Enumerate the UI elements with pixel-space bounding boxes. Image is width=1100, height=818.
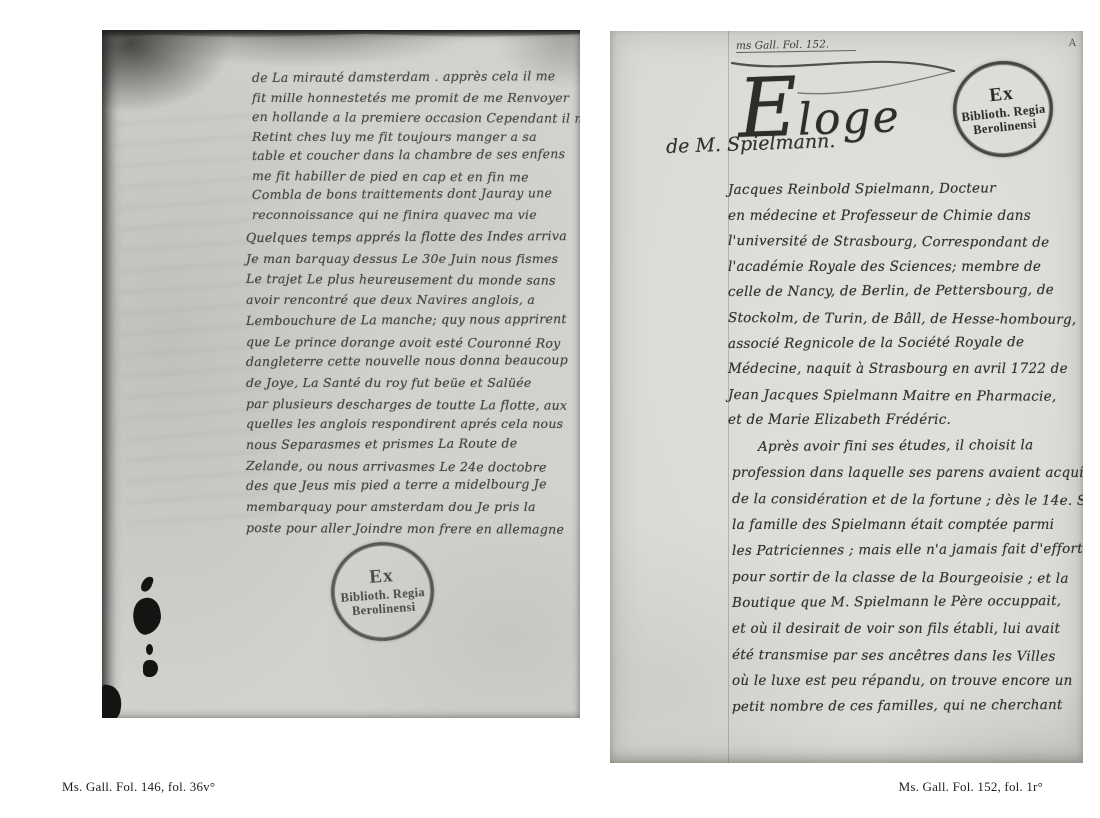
manuscript-line: Retint ches luy me fit toujours manger a… — [252, 127, 580, 147]
manuscript-line: Boutique que M. Spielmann le Père occupp… — [732, 588, 1083, 616]
manuscript-paragraph: de La mirauté damsterdam . apprès cela i… — [252, 68, 580, 224]
library-stamp: Ex Biblioth. Regia Berolinensi — [328, 539, 438, 645]
manuscript-line: et où il desirait de voir son fils établ… — [732, 616, 1083, 642]
manuscript-line: par plusieurs descharges de toutte La fl… — [246, 394, 568, 416]
ink-blot — [130, 595, 165, 636]
manuscript-paragraph: Après avoir fini ses études, il choisit … — [732, 434, 1083, 720]
manuscript-line: de La mirauté damsterdam . apprès cela i… — [252, 66, 580, 88]
manuscript-line: Jean Jacques Spielmann Maitre en Pharmac… — [728, 383, 1077, 410]
manuscript-line: la famille des Spielmann était comptée p… — [732, 512, 1083, 538]
manuscript-line: table et coucher dans la chambre de ses … — [252, 144, 580, 166]
stamp-text: Berolinensi — [352, 600, 416, 619]
manuscript-line: nous Separasmes et prismes La Route de — [246, 433, 568, 456]
manuscript-line: l'université de Strasbourg, Correspondan… — [728, 229, 1077, 256]
manuscript-line: Jacques Reinbold Spielmann, Docteur — [728, 176, 1077, 204]
manuscript-line: Médecine, naquit à Strasbourg en avril 1… — [728, 357, 1076, 383]
manuscript-page-right: ms Gall. Fol. 152. A Eloge de M. Spielma… — [610, 31, 1083, 763]
manuscript-line: petit nombre de ces familles, qui ne che… — [732, 692, 1083, 720]
manuscript-line: membarquay pour amsterdam dou Je pris la — [246, 497, 568, 518]
manuscript-line: avoir rencontré que deux Navires anglois… — [246, 290, 568, 311]
manuscript-line: reconnoissance qui ne finira quavec ma v… — [252, 205, 580, 225]
manuscript-line: Je man barquay dessus Le 30e Juin nous f… — [246, 249, 568, 270]
manuscript-paragraph: Jacques Reinbold Spielmann, Docteuren mé… — [728, 178, 1076, 434]
manuscript-line: où le luxe est peu répandu, on trouve en… — [732, 668, 1083, 694]
ink-blot — [140, 575, 155, 593]
manuscript-line: profession dans laquelle ses parens avai… — [732, 460, 1083, 486]
caption-right-page: Ms. Gall. Fol. 152, fol. 1r° — [899, 779, 1043, 795]
manuscript-line: en médecine et Professeur de Chimie dans — [728, 204, 1076, 230]
manuscript-line: Lembouchure de La manche; quy nous appri… — [246, 309, 568, 332]
ink-blot — [102, 684, 126, 718]
manuscript-line: Combla de bons traittements dont Jauray … — [252, 183, 580, 205]
manuscript-page-left: de La mirauté damsterdam . apprès cela i… — [102, 30, 580, 718]
ink-blot — [143, 660, 158, 677]
manuscript-line: Le trajet Le plus heureusement du monde … — [246, 269, 568, 291]
folio-letter: A — [1069, 38, 1076, 49]
manuscript-line: été transmise par ses ancêtres dans les … — [732, 642, 1083, 670]
manuscript-line: associé Regnicole de la Société Royale d… — [728, 329, 1077, 357]
stamp-text: Ex — [369, 565, 395, 588]
manuscript-line: l'académie Royale des Sciences; membre d… — [728, 255, 1076, 281]
library-stamp: Ex Biblioth. Regia Berolinensi — [948, 56, 1057, 162]
manuscript-line: fit mille honnestetés me promit de me Re… — [252, 88, 580, 108]
manuscript-line: en hollande a la premiere occasion Cepen… — [252, 107, 580, 128]
shelfmark-header: ms Gall. Fol. 152. — [736, 38, 856, 53]
manuscript-line: les Patriciennes ; mais elle n'a jamais … — [732, 536, 1083, 564]
manuscript-line: poste pour aller Joindre mon frere en al… — [246, 518, 568, 540]
stamp-text: Ex — [988, 83, 1014, 107]
ink-blot — [146, 644, 153, 655]
manuscript-line: de la considération et de la fortune ; d… — [732, 486, 1083, 514]
caption-left-page: Ms. Gall. Fol. 146, fol. 36v° — [62, 779, 215, 795]
book-spread: de La mirauté damsterdam . apprès cela i… — [0, 0, 1100, 818]
manuscript-line: des que Jeus mis pied a terre a midelbou… — [246, 474, 568, 497]
manuscript-line: Quelques temps apprés la flotte des Inde… — [246, 226, 568, 249]
manuscript-line: de Joye, La Santé du roy fut beüe et Sal… — [246, 373, 568, 394]
manuscript-line: dangleterre cette nouvelle nous donna be… — [246, 350, 568, 373]
manuscript-line: quelles les anglois respondirent aprés c… — [246, 414, 568, 435]
manuscript-line: Après avoir fini ses études, il choisit … — [732, 432, 1083, 460]
manuscript-paragraph: Quelques temps apprés la flotte des Inde… — [246, 228, 568, 539]
page-top-stain — [102, 30, 580, 38]
manuscript-line: celle de Nancy, de Berlin, de Pettersbou… — [728, 278, 1077, 306]
manuscript-line: et de Marie Elizabeth Frédéric. — [728, 408, 1076, 434]
